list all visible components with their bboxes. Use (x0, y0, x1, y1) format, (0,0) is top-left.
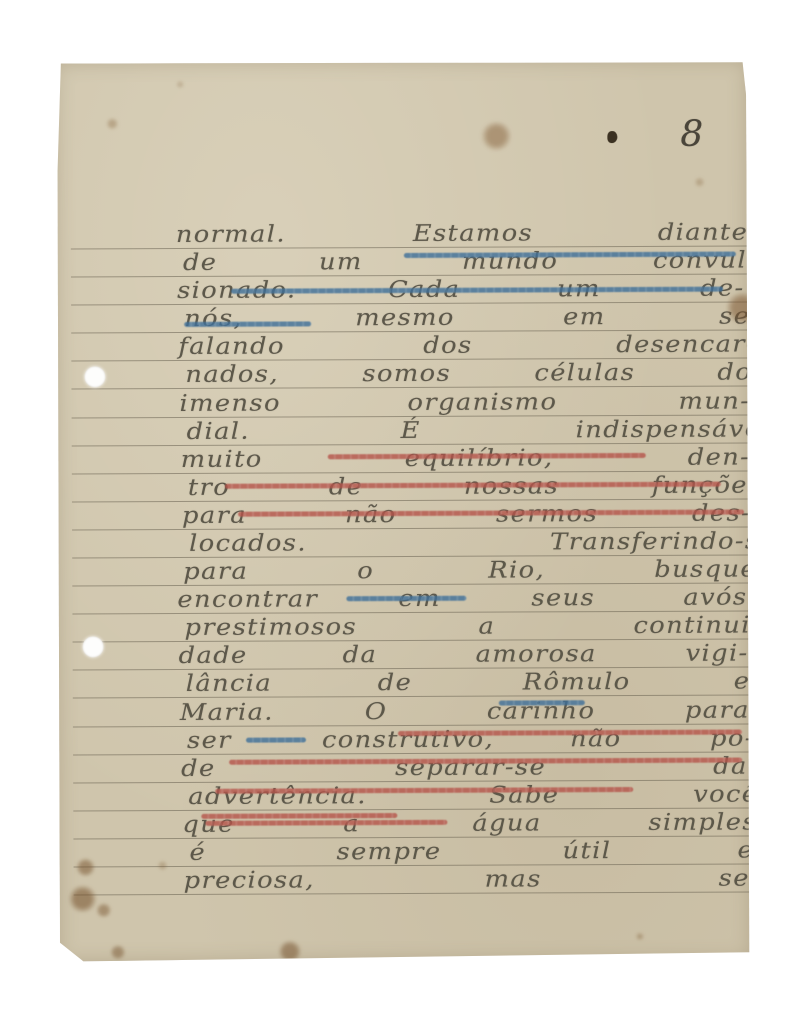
stain (480, 122, 512, 151)
manuscript-word: de (181, 754, 216, 784)
manuscript-word: indispensável (575, 414, 770, 445)
manuscript-word: Rômulo (523, 667, 631, 697)
manuscript-word: para (182, 501, 247, 531)
manuscript-word: seus (531, 583, 595, 613)
hole-punch-bottom (83, 636, 104, 657)
manuscript-word: somos (362, 359, 451, 389)
stain (725, 292, 759, 323)
manuscript-word: encontrar (177, 585, 318, 616)
manuscript-word: prestimosos (184, 612, 357, 643)
page-number: 8 (680, 114, 724, 166)
stain (110, 945, 126, 959)
manuscript-word: busque (654, 555, 757, 585)
manuscript-word: mun- (678, 386, 750, 416)
manuscript-word: nados, (185, 360, 279, 390)
manuscript-word: de (377, 668, 412, 698)
manuscript-word: Transferindo-se (550, 526, 776, 557)
manuscript-word: organismo (407, 387, 557, 418)
stain (278, 940, 302, 962)
stain (636, 933, 644, 940)
manuscript-word: da (342, 640, 377, 670)
manuscript-word: diante (658, 217, 748, 247)
manuscript-word: nós, (184, 304, 243, 334)
underline-annotations (56, 60, 746, 63)
manuscript-word: É (400, 416, 420, 446)
manuscript-word: preciosa, (184, 865, 315, 896)
red-underline-mark (205, 820, 447, 826)
manuscript-word: para (685, 695, 750, 725)
hole-punch-top (84, 366, 105, 387)
stain (106, 118, 118, 129)
manuscript-word: construtivo, (321, 724, 493, 755)
manuscript-word: se (719, 864, 750, 894)
manuscript-word: Estamos (412, 218, 532, 249)
manuscript-word: um (318, 247, 362, 277)
manuscript-word: lância (186, 669, 272, 699)
manuscript-word: simples (648, 807, 757, 837)
manuscript-word: mesmo (355, 303, 455, 333)
manuscript-word: convul- (653, 246, 757, 276)
manuscript-word: útil (562, 836, 611, 866)
manuscript-word: muito (181, 444, 263, 474)
stain (76, 858, 96, 876)
manuscript-word: não (569, 724, 621, 754)
blue-underline-mark (184, 321, 311, 327)
manuscript-word: den- (688, 442, 751, 472)
manuscript-word: células (534, 358, 635, 388)
paper-stains (56, 60, 746, 63)
ink-spot (607, 131, 617, 143)
manuscript-word: tro (188, 473, 230, 503)
manuscript-word: o (357, 556, 374, 586)
manuscript-word: é (189, 838, 206, 868)
stain (695, 178, 705, 187)
scan-background: 8 normal.Estamosdiantedeummundoconvul-si… (0, 0, 806, 1024)
manuscript-word: locados. (189, 528, 307, 559)
manuscript-word: dade (179, 641, 248, 671)
manuscript-word: água (472, 808, 541, 838)
manuscript-word: avós (683, 583, 747, 613)
manuscript-word: do (717, 358, 752, 388)
manuscript-word: em (563, 302, 605, 332)
manuscript-word: separar-se (395, 752, 546, 783)
manuscript-word: amorosa (475, 640, 596, 671)
stain (68, 885, 98, 912)
manuscript-line: preciosa,masse (184, 864, 747, 898)
manuscript-word: mundo (462, 246, 558, 276)
manuscript-word: para (183, 557, 248, 587)
blue-underline-mark (246, 737, 306, 742)
manuscript-word: ser (187, 725, 232, 755)
manuscript-word: dos (423, 331, 472, 361)
manuscript-word: você (693, 779, 758, 809)
manuscript-word: po- (710, 723, 755, 753)
ruled-lines (56, 60, 746, 63)
manuscript-word: normal. (176, 220, 286, 250)
manuscript-word: e (738, 835, 755, 865)
manuscript-word: falando (178, 332, 285, 362)
handwritten-text: normal.Estamosdiantedeummundoconvul-sion… (56, 60, 746, 63)
stain (158, 861, 168, 870)
stain (176, 81, 184, 88)
stain (96, 903, 112, 917)
blue-underline-mark (499, 700, 585, 705)
manuscript-word: sempre (336, 837, 441, 867)
manuscript-word: a (479, 612, 496, 642)
red-underline-mark (201, 813, 397, 819)
manuscript-word: desencar- (616, 330, 756, 361)
blue-underline-mark (346, 596, 466, 602)
manuscript-word: e (734, 667, 751, 697)
manuscript-word: continui- (634, 611, 761, 642)
manuscript-word: dial. (187, 416, 250, 446)
manuscript-word: mas (484, 864, 541, 894)
manuscript-word: advertência. (188, 781, 367, 812)
manuscript-word: Rio, (488, 555, 545, 585)
manuscript-word: de (183, 248, 218, 278)
manuscript-page: 8 normal.Estamosdiantedeummundoconvul-si… (56, 60, 750, 961)
manuscript-word: O (365, 697, 388, 727)
manuscript-word: da (713, 751, 748, 781)
manuscript-word: Sabe (489, 780, 559, 810)
manuscript-word: vigi- (685, 639, 748, 669)
manuscript-word: Maria. (180, 697, 274, 727)
manuscript-word: imenso (179, 388, 280, 418)
